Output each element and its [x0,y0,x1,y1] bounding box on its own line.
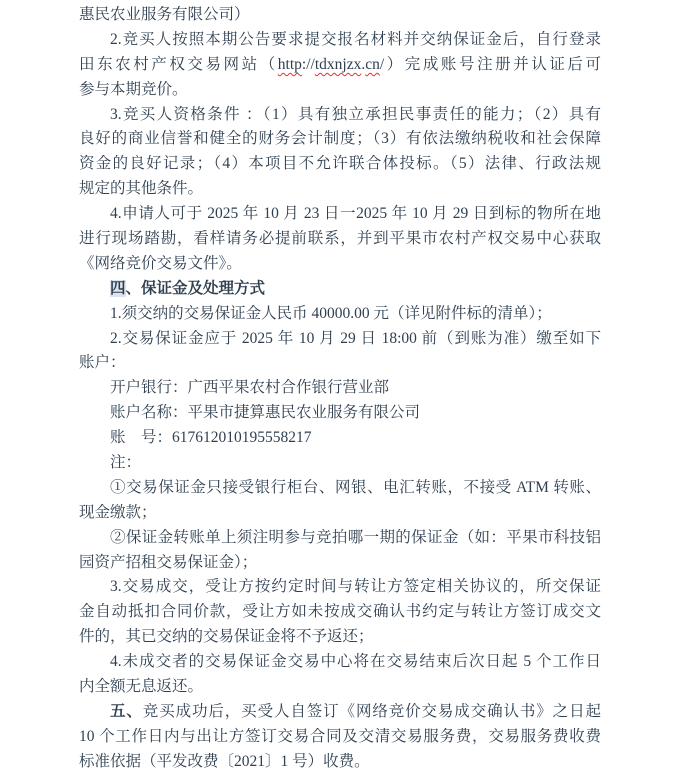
paragraph-line: 2.竞买人按照本期公告要求提交报名材料并交纳保证金后，自行登录 [79,28,601,53]
paragraph-line-section-five: 五、竞买成功后，买受人自签订《网络竞价交易成交确认书》之日起 [79,700,601,725]
paragraph-line: 惠民农业服务有限公司） [79,3,601,28]
paragraph-line: 标准依据（平发改费〔2021〕1 号）收费。 [79,750,601,775]
paragraph-line: 3.交易成交，受让方按约定时间与转让方签定相关协议的，所交保证 [79,575,601,600]
misspelled-word: tdxnjzx [315,56,362,73]
paragraph-line: 4.申请人可于 2025 年 10 月 23 日一2025 年 10 月 29 … [79,202,601,227]
note-label-line: 注： [79,451,601,476]
text-run: 竞买成功后，买受人自签订《网络竞价交易成交确认书》之日起 [143,703,601,720]
paragraph-line: 良好的商业信誉和健全的财务会计制度；（3）有依法缴纳税收和社会保障 [79,127,601,152]
paragraph-line: 内全额无息返还。 [79,675,601,700]
heading-text: 、保证金及处理方式 [126,280,266,297]
paragraph-line: 10 个工作日内与出让方签订交易合同及交清交易服务费，交易服务费收费 [79,725,601,750]
text-run: 田东农村产权交易网站（ [79,56,278,73]
text-run: :// [302,56,315,73]
paragraph-line-url: 田东农村产权交易网站（http://tdxnjzx.cn/）完成账号注册并认证后… [79,53,601,78]
paragraph-line: ①交易保证金只接受银行柜台、网银、电汇转账，不接受 ATM 转账、 [79,476,601,501]
misspelled-word: cn [365,56,380,73]
paragraph-line: 规定的其他条件。 [79,177,601,202]
field-shaded-text: 四 [110,280,126,297]
paragraph-line: 4.未成交者的交易保证金交易中心将在交易结束后次日起 5 个工作日 [79,650,601,675]
paragraph-line: 进行现场踏勘，看样请务必提前联系，并到平果市农村产权交易中心获取 [79,227,601,252]
account-name-line: 账户名称：平果市捷算惠民农业服务有限公司 [79,401,601,426]
account-number-line: 账 号：617612010195558217 [79,426,601,451]
paragraph-line: 园资产招租交易保证金）； [79,551,601,576]
paragraph-line: ②保证金转账单上须注明参与竞拍哪一期的保证金（如：平果市科技铝 [79,526,601,551]
paragraph-line: 《网络竞价交易文件》。 [79,252,601,277]
paragraph-line: 金自动抵扣合同价款，受让方如未按成交确认书约定与转让方签订成交文 [79,600,601,625]
paragraph-line: 3.竞买人资格条件 ：（1）具有独立承担民事责任的能力；（2）具有 [79,103,601,128]
paragraph-line: 资金的良好记录；（4）本项目不允许联合体投标。（5）法律、行政法规 [79,152,601,177]
paragraph-line: 2.交易保证金应于 2025 年 10 月 29 日 18:00 前（到账为准）… [79,327,601,352]
document-page: 惠民农业服务有限公司） 2.竞买人按照本期公告要求提交报名材料并交纳保证金后，自… [0,0,680,778]
paragraph-line: 1.须交纳的交易保证金人民币 40000.00 元（详见附件标的清单）； [79,302,601,327]
section-heading: 四、保证金及处理方式 [79,277,601,302]
section-number-bold: 五、 [110,703,143,720]
paragraph-line: 现金缴款； [79,501,601,526]
text-run: /）完成账号注册并认证后可 [380,56,601,73]
paragraph-line: 账户： [79,351,601,376]
bank-name-line: 开户银行：广西平果农村合作银行营业部 [79,376,601,401]
misspelled-word: http [278,56,302,73]
paragraph-line: 件的，其已交纳的交易保证金将不予返还； [79,625,601,650]
paragraph-line: 参与本期竞价。 [79,78,601,103]
